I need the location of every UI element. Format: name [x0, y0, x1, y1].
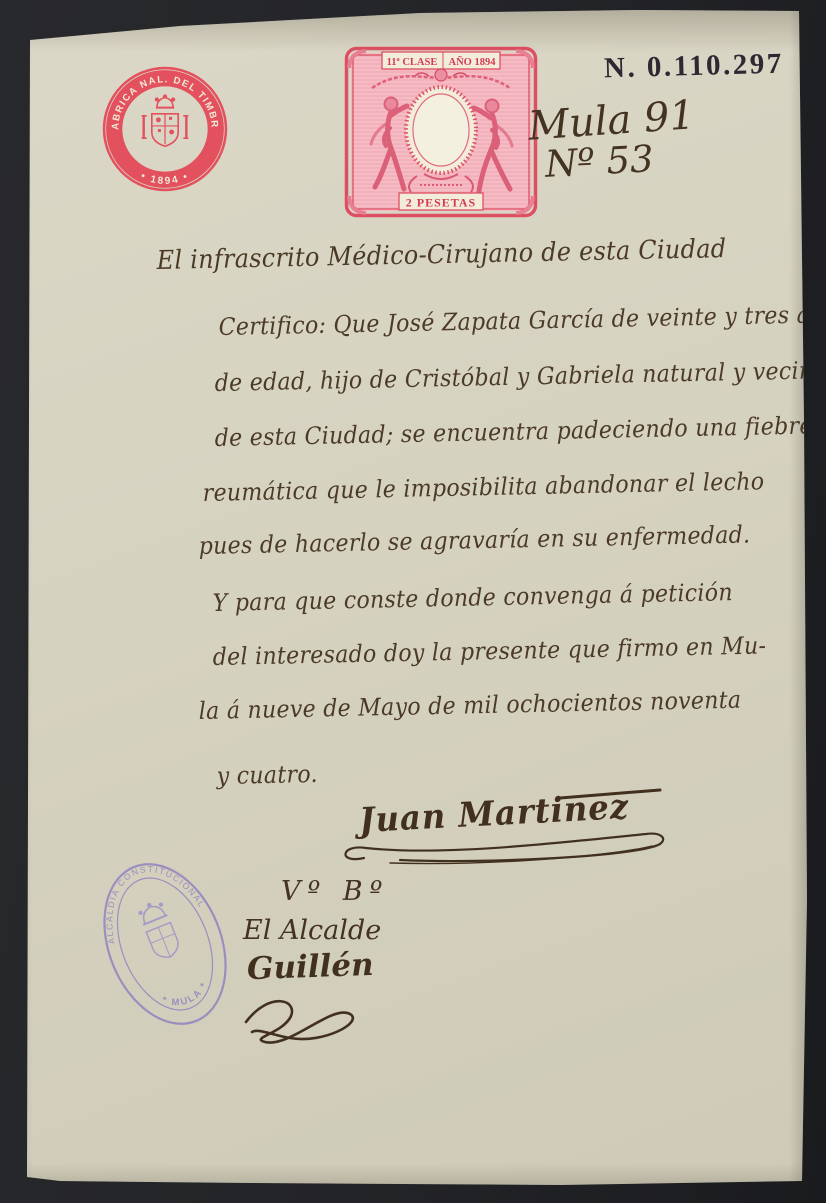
coat-of-arms-icon — [142, 95, 189, 146]
svg-text:* MULA *: * MULA * — [157, 977, 215, 1016]
visto-bueno-label: Vº Bº — [281, 876, 389, 907]
timbre-factory-seal-icon: FABRICA NAL. DEL TIMBRE • 1894 • — [101, 65, 229, 193]
body-line: Certifico: Que José Zapata García de vei… — [218, 300, 826, 341]
paper-bottom-shadow — [0, 1155, 826, 1195]
signature-flourish-icon — [330, 786, 680, 870]
stamp-class-label: 11ª CLASE — [387, 57, 438, 68]
body-line: y cuatro. — [216, 760, 318, 790]
body-line: El infrascrito Médico-Cirujano de esta C… — [156, 234, 726, 276]
paper-sheet: FABRICA NAL. DEL TIMBRE • 1894 • — [0, 0, 826, 1203]
body-line: de esta Ciudad; se encuentra padeciendo … — [214, 411, 813, 452]
municipal-stamp-city-text: * MULA * — [157, 977, 215, 1016]
paper-left-shadow — [0, 0, 38, 1203]
body-line: pues de hacerlo se agravaría en su enfer… — [198, 520, 750, 560]
paper-right-shadow — [780, 0, 826, 1203]
municipal-crown-icon — [137, 899, 168, 925]
stamp-year-label: AÑO 1894 — [449, 56, 497, 68]
fiscal-stamp-icon: 11ª CLASE AÑO 1894 — [343, 46, 539, 218]
stamp-center-oval — [413, 94, 469, 166]
alcalde-title: El Alcalde — [243, 915, 381, 946]
body-line: reumática que le imposibilita abandonar … — [202, 467, 764, 507]
stamp-value-label: 2 PESETAS — [406, 196, 476, 210]
body-line: la á nueve de Mayo de mil ochocientos no… — [198, 686, 741, 725]
scan-background: FABRICA NAL. DEL TIMBRE • 1894 • — [0, 0, 826, 1203]
body-line: del interesado doy la presente que firmo… — [212, 631, 766, 671]
body-line: de edad, hijo de Cristóbal y Gabriela na… — [214, 356, 826, 397]
serial-number: N. 0.110.297 — [604, 48, 785, 86]
number-annotation: Nº 53 — [544, 137, 655, 186]
body-line: Y para que conste donde convenga á petic… — [212, 578, 733, 617]
municipal-shield-icon — [146, 922, 182, 961]
alcalde-signature: Guillén — [246, 947, 374, 987]
